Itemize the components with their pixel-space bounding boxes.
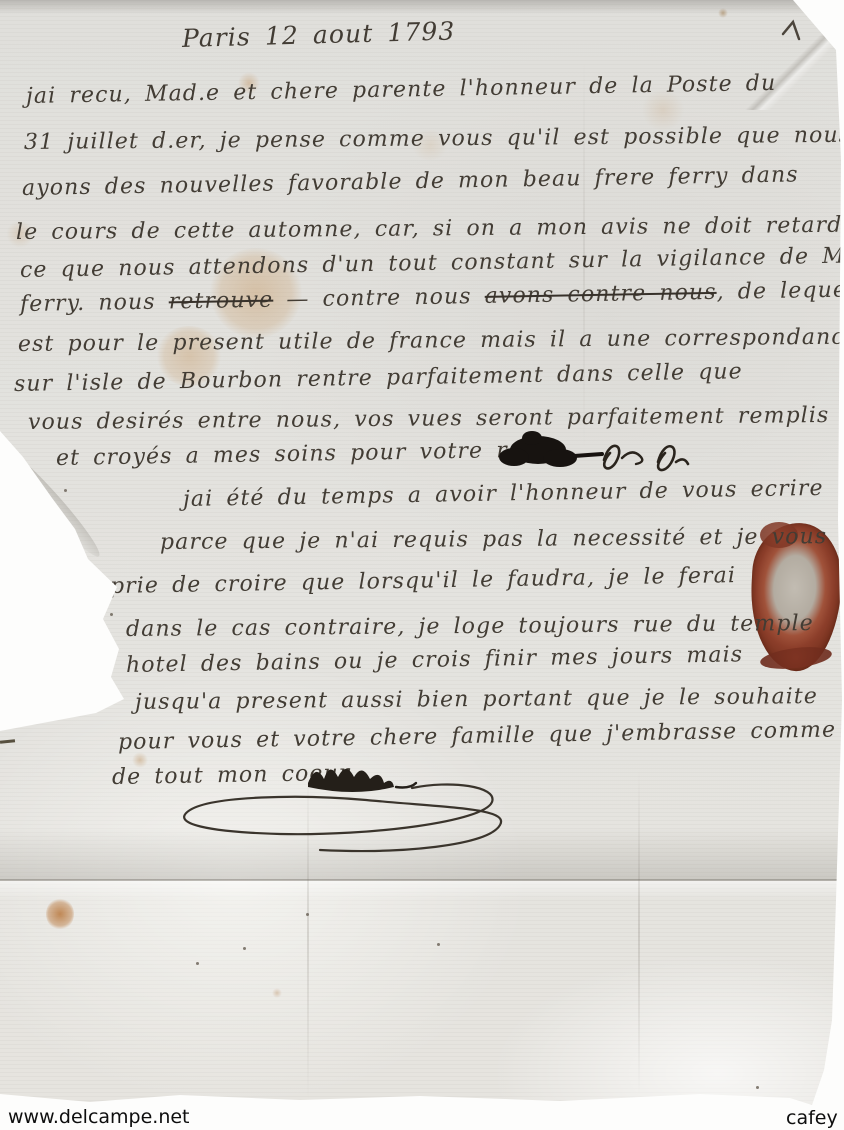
stain	[94, 634, 114, 654]
letter-paper: Paris 12 aout 1793 jai recu, Mad.e et ch…	[0, 0, 844, 1130]
speck	[243, 947, 246, 950]
speck	[64, 489, 67, 492]
letter-line: jai été du temps a avoir l'honneur de vo…	[183, 476, 824, 513]
letter-line: vous desirés entre nous, vos vues seront…	[28, 403, 830, 436]
stain	[22, 686, 36, 700]
speck	[110, 613, 113, 616]
speck	[99, 585, 102, 588]
signature-flourish	[150, 770, 550, 865]
letter-line: pour vous et votre chere famille que j'e…	[118, 716, 844, 756]
letter-line: sur l'isle de Bourbon rentre parfaitemen…	[14, 359, 743, 398]
letter-line: 31 juillet d.er, je pense comme vous qu'…	[24, 123, 844, 156]
margin-dash	[0, 739, 15, 744]
letter-line: ayons des nouvelles favorable de mon bea…	[22, 162, 799, 202]
speck	[756, 1086, 759, 1089]
struck-text: retrouve	[169, 288, 274, 315]
fold-highlight	[0, 881, 844, 899]
speck	[306, 913, 309, 916]
tear-edge-shadow	[64, 560, 106, 710]
letter-line: hotel des bains ou je crois finir mes jo…	[126, 642, 744, 679]
letter-line: le cours de cette automne, car, si on a …	[16, 213, 844, 246]
fold-line	[0, 879, 844, 881]
vertical-crease	[638, 770, 640, 1095]
letter-line: est pour le present utile de france mais…	[18, 325, 844, 358]
letter-line: parce que je n'ai requis pas la necessit…	[160, 524, 827, 556]
top-edge-shadow	[0, 0, 844, 14]
site-credit: www.delcampe.net	[8, 1106, 190, 1128]
dateline: Paris 12 aout 1793	[182, 18, 456, 52]
speck	[437, 943, 440, 946]
speck	[196, 962, 199, 965]
letter-line: dans le cas contraire, je loge toujours …	[126, 611, 814, 643]
letter-line: jai recu, Mad.e et chere parente l'honne…	[26, 71, 777, 110]
line-segment: ferry. nous	[20, 289, 169, 317]
corner-crease-mark	[780, 18, 808, 44]
letter-line: jusqu'a present aussi bien portant que j…	[135, 684, 818, 716]
letter-line-with-strikethrough: ferry. nous retrouve — contre nous avons…	[20, 277, 844, 318]
stain	[272, 988, 282, 998]
scanned-letter: Paris 12 aout 1793 jai recu, Mad.e et ch…	[0, 0, 844, 1130]
letter-line: ce que nous attendons d'un tout constant…	[20, 243, 844, 284]
ink-blot	[462, 424, 692, 486]
struck-text: avons contre nous	[484, 280, 716, 309]
letter-line: prie de croire que lorsqu'il le faudra, …	[110, 563, 736, 600]
line-segment: — contre nous	[273, 284, 485, 313]
stain	[46, 898, 74, 930]
watermark: cafey	[786, 1107, 838, 1129]
line-segment: , de lequel	[716, 277, 844, 304]
stain	[718, 8, 728, 18]
